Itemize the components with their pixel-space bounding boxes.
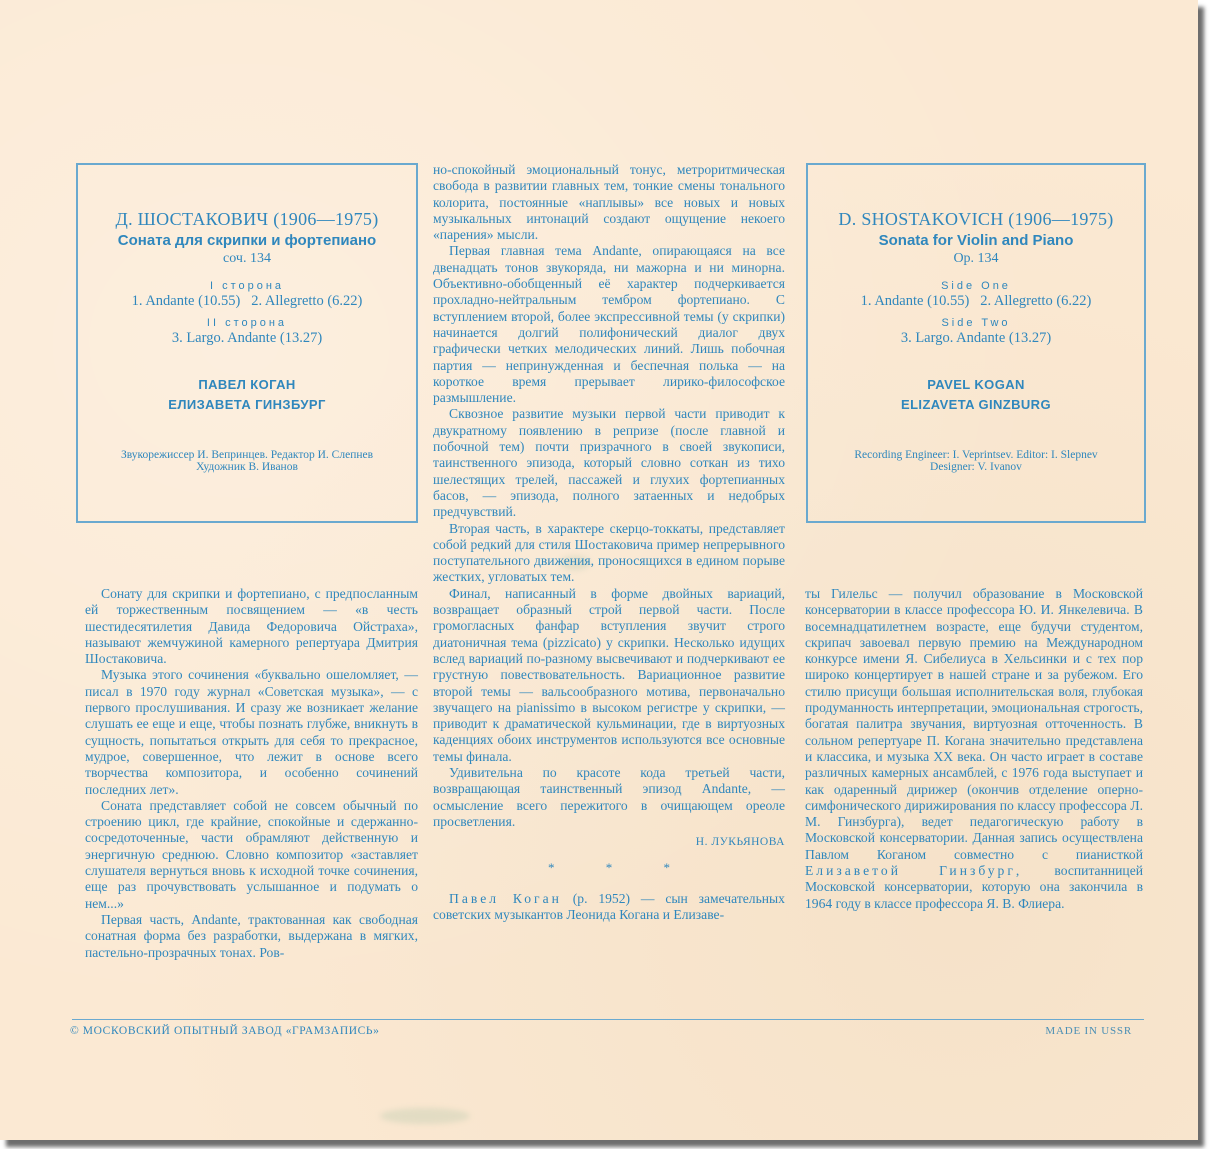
composer-name: D. SHOSTAKOVICH (1906—1975): [808, 209, 1144, 230]
stain: [380, 1108, 470, 1124]
liner-notes-column-1: Сонату для скрипки и фортепиано, с предп…: [85, 586, 418, 961]
opus-number: соч. 134: [78, 251, 416, 267]
side-two-tracks: 3. Largo. Andante (13.27): [808, 330, 1144, 347]
credits-line-1: Звукорежиссер И. Вепринцев. Редактор И. …: [78, 449, 416, 461]
paragraph: Сонату для скрипки и фортепиано, с предп…: [85, 586, 418, 667]
publisher-copyright: © МОСКОВСКИЙ ОПЫТНЫЙ ЗАВОД «ГРАМЗАПИСЬ»: [70, 1025, 379, 1037]
paragraph: Первая часть, Andante, трактованная как …: [85, 912, 418, 961]
side-two-tracks: 3. Largo. Andante (13.27): [78, 330, 416, 347]
paragraph: Удивительна по красоте кода третьей част…: [433, 765, 785, 830]
russian-credits-box: Д. ШОСТАКОВИЧ (1906—1975) Соната для скр…: [76, 163, 418, 523]
side-two-label: Side Two: [808, 317, 1144, 329]
side-one-label: I сторона: [78, 280, 416, 292]
work-title: Sonata for Violin and Piano: [808, 232, 1144, 249]
credits-line-1: Recording Engineer: I. Veprintsev. Edito…: [808, 449, 1144, 461]
author-signature: Н. ЛУКЬЯНОВА: [433, 834, 785, 850]
side-two-label: II сторона: [78, 317, 416, 329]
side-one-tracks: 1. Andante (10.55) 2. Allegretto (6.22): [78, 293, 416, 310]
performers: PAVEL KOGAN ELIZAVETA GINZBURG: [808, 375, 1144, 415]
performers: ПАВЕЛ КОГАН ЕЛИЗАВЕТА ГИНЗБУРГ: [78, 375, 416, 415]
section-separator: * * *: [457, 860, 785, 876]
opus-number: Op. 134: [808, 251, 1144, 267]
paragraph: Музыка этого сочинения «буквально ошелом…: [85, 667, 418, 797]
liner-notes-column-2: но-спокойный эмоциональный тонус, метрор…: [433, 162, 785, 923]
paragraph: Сквозное развитие музыки первой части пр…: [433, 406, 785, 520]
paragraph: Соната представляет собой не совсем обыч…: [85, 798, 418, 912]
record-sleeve-back: Д. ШОСТАКОВИЧ (1906—1975) Соната для скр…: [0, 0, 1198, 1140]
biography-continuation: ты Гилельс — получил образование в Моско…: [805, 586, 1143, 912]
performer-name-spaced: Павел Коган: [449, 891, 562, 906]
production-credits: Звукорежиссер И. Вепринцев. Редактор И. …: [78, 449, 416, 473]
work-title: Соната для скрипки и фортепиано: [78, 232, 416, 249]
side-one-tracks: 1. Andante (10.55) 2. Allegretto (6.22): [808, 293, 1144, 310]
paragraph: Вторая часть, в характере скерцо-токкаты…: [433, 521, 785, 586]
performer-violin: PAVEL KOGAN: [808, 375, 1144, 395]
performer-violin: ПАВЕЛ КОГАН: [78, 375, 416, 395]
performer-piano: ELIZAVETA GINZBURG: [808, 395, 1144, 415]
composer-name: Д. ШОСТАКОВИЧ (1906—1975): [78, 209, 416, 230]
pianist-name-spaced: Елизаветой Гинзбург: [805, 863, 1016, 878]
biography-text: ты Гилельс — получил образование в Моско…: [805, 586, 1143, 862]
side-one-label: Side One: [808, 280, 1144, 292]
country-of-origin: MADE IN USSR: [1045, 1025, 1132, 1037]
biography-paragraph: Павел Коган (р. 1952) — сын замечательны…: [433, 891, 785, 924]
english-credits-box: D. SHOSTAKOVICH (1906—1975) Sonata for V…: [806, 163, 1146, 523]
footer-divider: [72, 1019, 1144, 1020]
paragraph: Финал, написанный в форме двойных вариац…: [433, 586, 785, 765]
performer-piano: ЕЛИЗАВЕТА ГИНЗБУРГ: [78, 395, 416, 415]
production-credits: Recording Engineer: I. Veprintsev. Edito…: [808, 449, 1144, 473]
credits-line-2: Художник В. Иванов: [78, 461, 416, 473]
liner-notes-column-3: ты Гилельс — получил образование в Моско…: [805, 586, 1143, 912]
paragraph-continuation: но-спокойный эмоциональный тонус, метрор…: [433, 162, 785, 243]
paragraph: Первая главная тема Andante, опирающаяся…: [433, 243, 785, 406]
credits-line-2: Designer: V. Ivanov: [808, 461, 1144, 473]
